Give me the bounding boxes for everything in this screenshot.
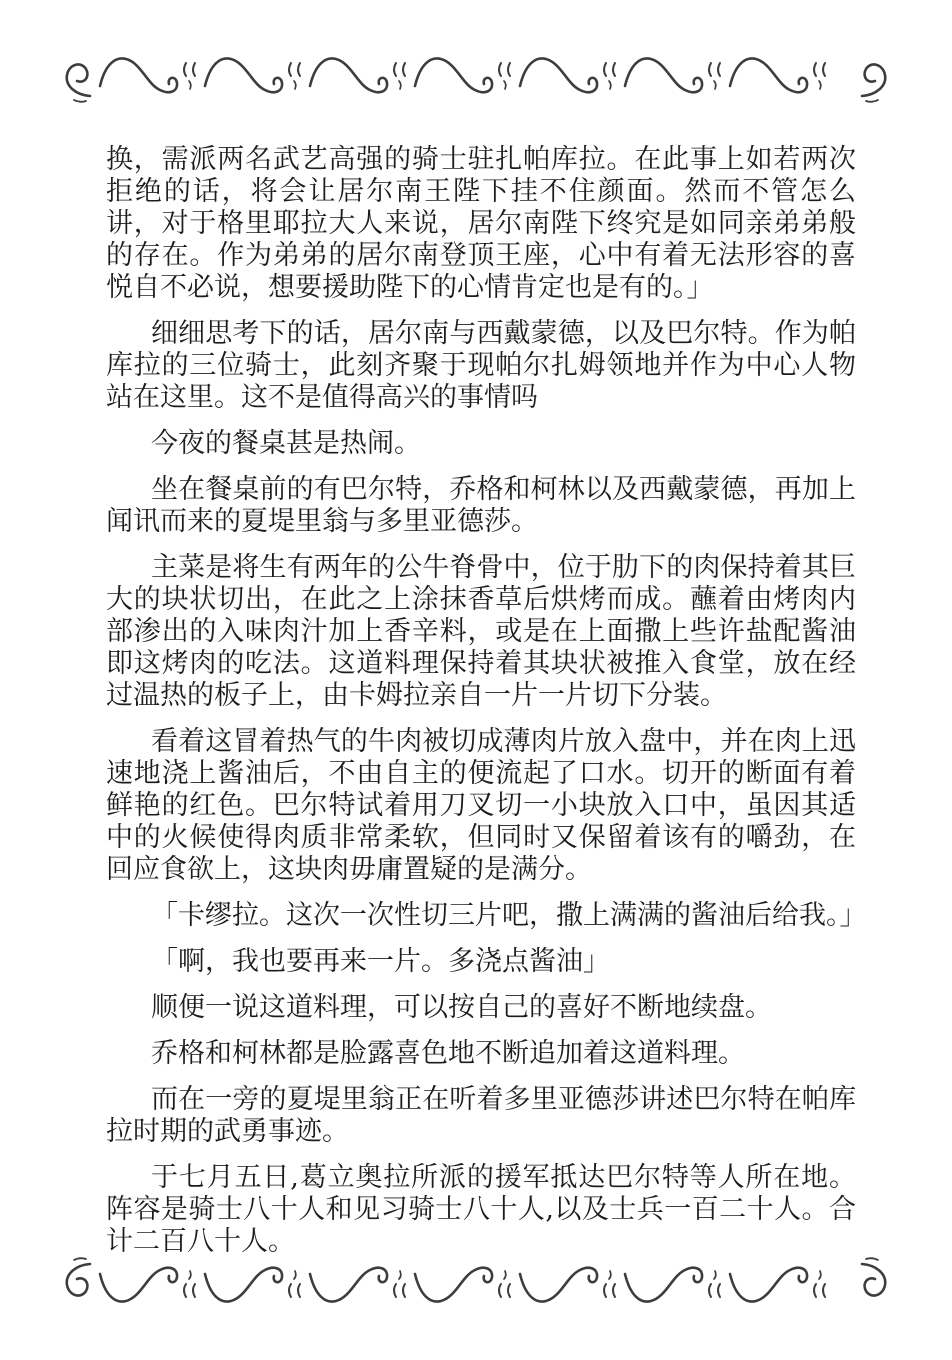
paragraph: 于七月五日,葛立奥拉所派的援军抵达巴尔特等人所在地。阵容是骑士八十人和见习骑士八… [106,1162,856,1258]
novel-page: 换，需派两名武艺高强的骑士驻扎帕库拉。在此事上如若两次拒绝的话，将会让居尔南王陛… [0,0,952,1360]
paragraph: 顺便一说这道料理，可以按自己的喜好不断地续盘。 [106,992,856,1024]
top-flourish-border-icon [60,50,892,108]
paragraph: 坐在餐桌前的有巴尔特，乔格和柯林以及西戴蒙德，再加上闻讯而来的夏堤里翁与多里亚德… [106,474,856,538]
paragraph: 而在一旁的夏堤里翁正在听着多里亚德莎讲述巴尔特在帕库拉时期的武勇事迹。 [106,1084,856,1148]
paragraph: 主菜是将生有两年的公牛脊骨中，位于肋下的肉保持着其巨大的块状切出，在此之上涂抹香… [106,552,856,712]
paragraph: 看着这冒着热气的牛肉被切成薄肉片放入盘中，并在肉上迅速地浇上酱油后，不由自主的便… [106,726,856,886]
paragraph: 换，需派两名武艺高强的骑士驻扎帕库拉。在此事上如若两次拒绝的话，将会让居尔南王陛… [106,144,856,304]
text-body: 换，需派两名武艺高强的骑士驻扎帕库拉。在此事上如若两次拒绝的话，将会让居尔南王陛… [106,144,856,1272]
paragraph: 今夜的餐桌甚是热闹。 [106,428,856,460]
paragraph: 细细思考下的话，居尔南与西戴蒙德，以及巴尔特。作为帕库拉的三位骑士，此刻齐聚于现… [106,318,856,414]
paragraph: 乔格和柯林都是脸露喜色地不断追加着这道料理。 [106,1038,856,1070]
dialogue-paragraph: 「卡缪拉。这次一次性切三片吧，撒上满满的酱油后给我。」 [106,900,856,932]
bottom-flourish-border-icon [60,1252,892,1310]
dialogue-paragraph: 「啊，我也要再来一片。多浇点酱油」 [106,946,856,978]
